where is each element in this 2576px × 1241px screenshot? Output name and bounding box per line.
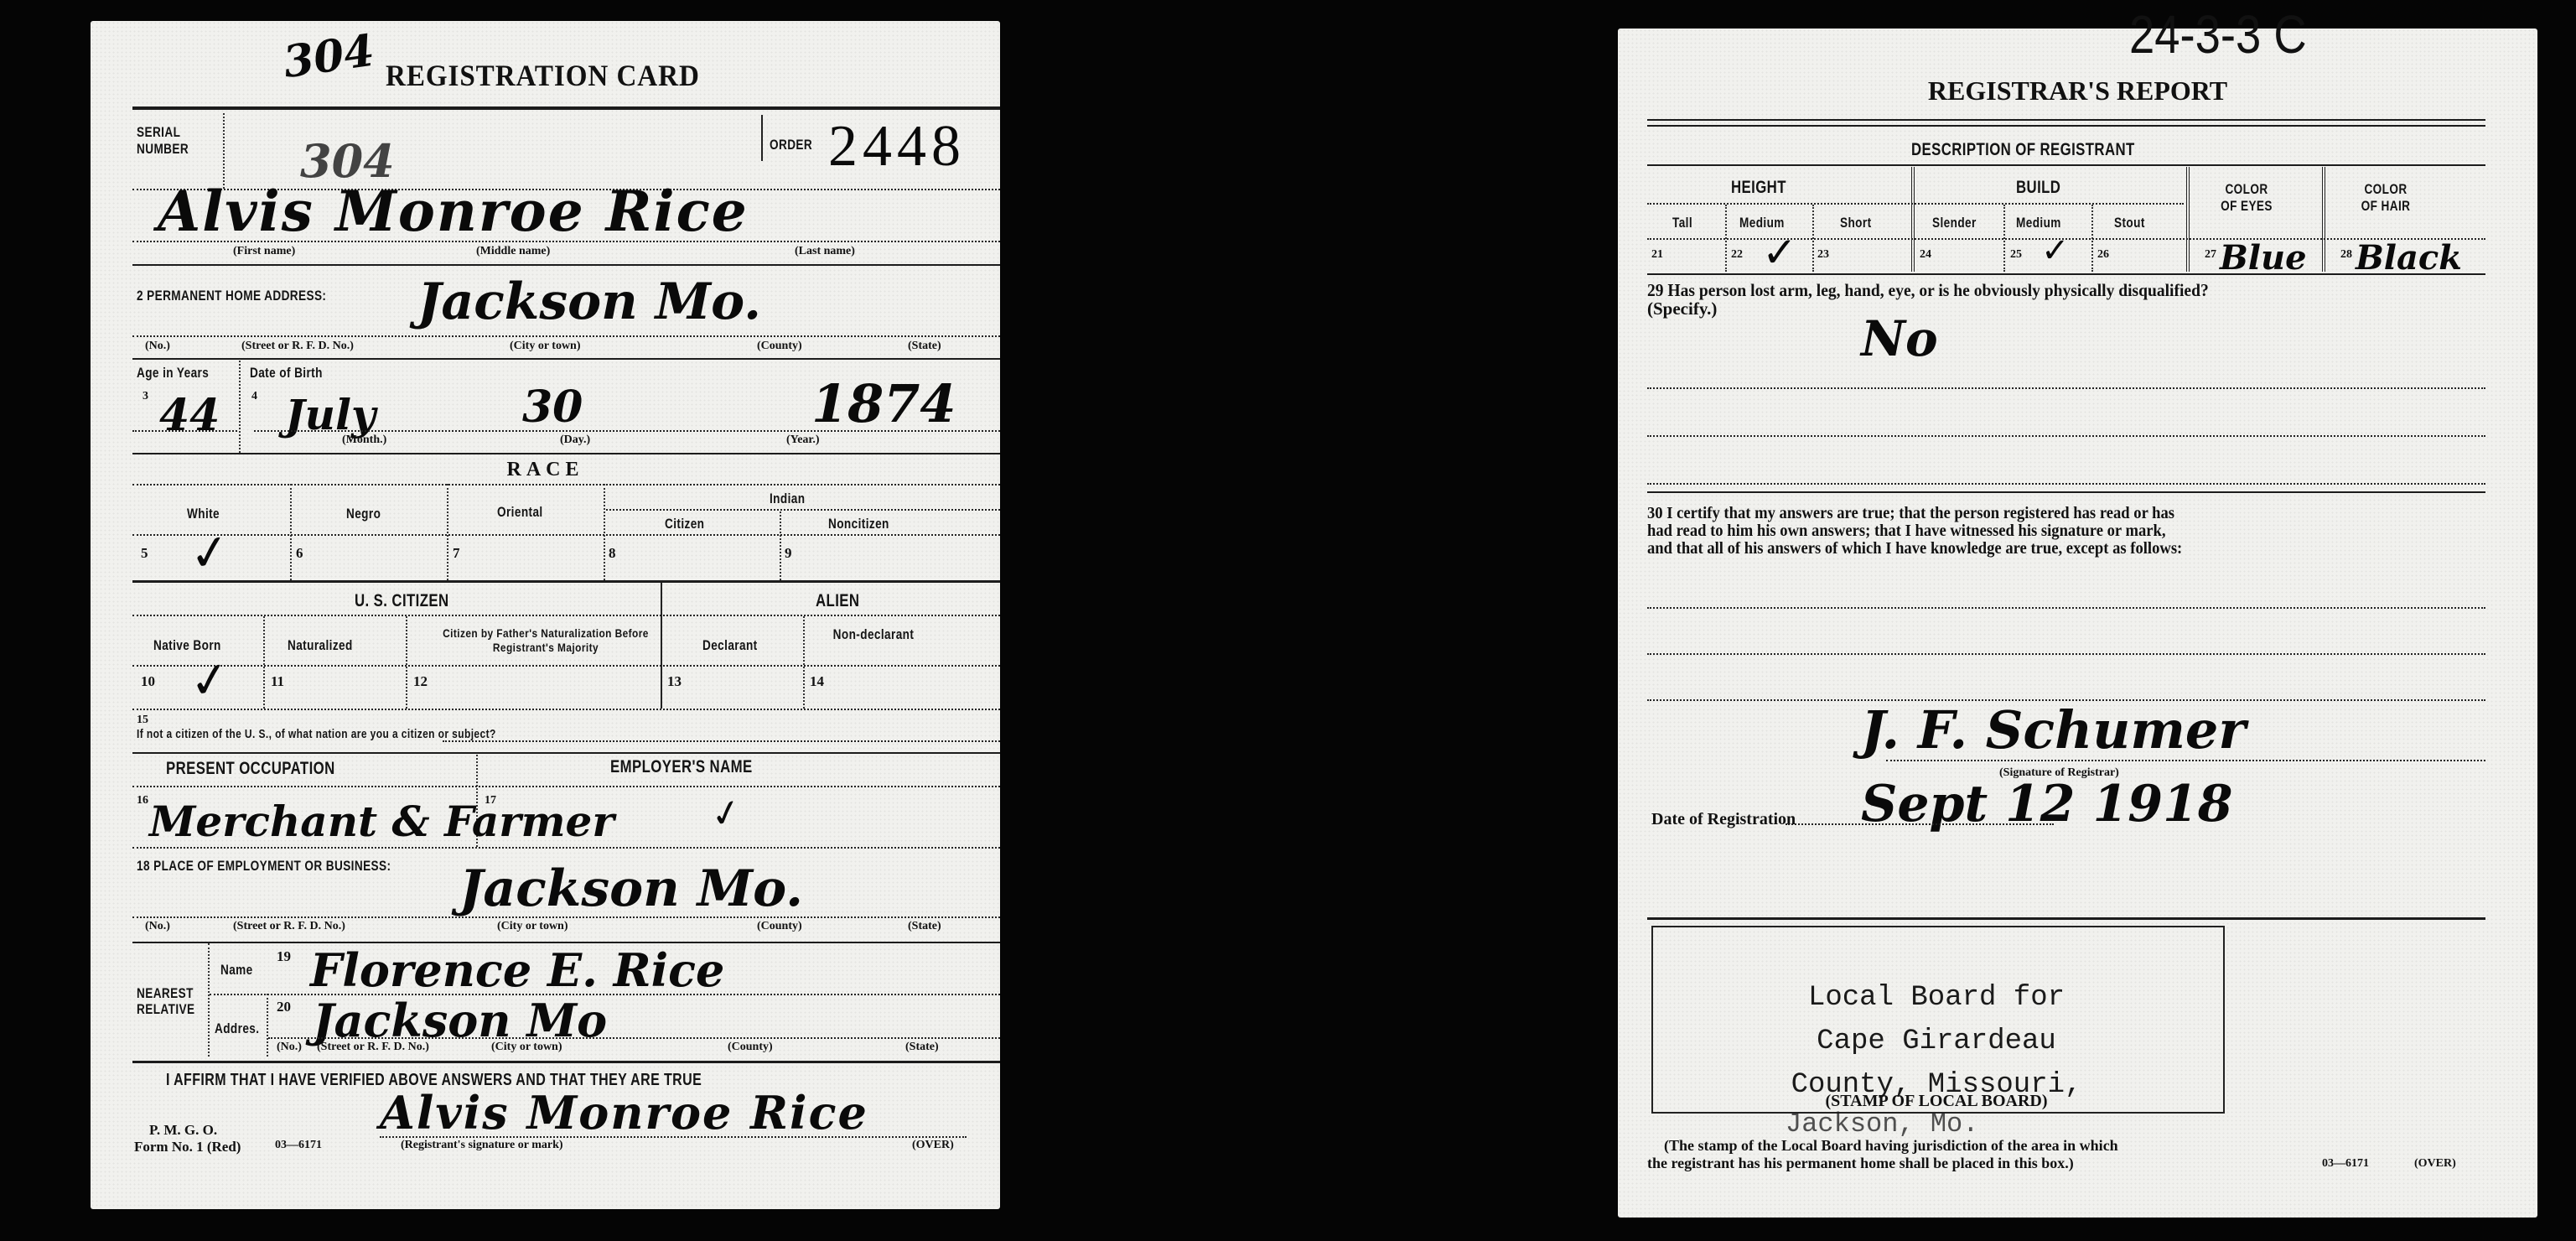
registrant-signature: Alvis Monroe Rice [380,1086,868,1140]
divider [132,534,1000,536]
race-col-indian: Indian [770,491,805,507]
divider [1647,607,2485,609]
race-col-indian-noncitizen: Noncitizen [828,516,889,532]
divider [132,847,1000,849]
divider [132,430,237,432]
field-number: 4 [251,390,257,403]
divider [1647,125,2485,127]
employment-place-value: Jackson Mo. [459,859,803,918]
registration-date-label: Date of Registration [1651,810,1796,829]
field-number: 11 [271,673,284,690]
field-number: 25 [2010,248,2022,262]
build-col-stout: Stout [2114,215,2145,231]
home-address-value: Jackson Mo. [417,273,761,331]
dob-label: Date of Birth [250,365,323,382]
relative-caption-city: (City or town) [491,1041,562,1054]
employment-caption-street: (Street or R. F. D. No.) [233,920,345,933]
race-col-oriental: Oriental [497,504,543,521]
divider [2186,167,2190,272]
over-label: (OVER) [2414,1157,2456,1171]
alien-col-nondeclarant: Non-declarant [827,626,920,643]
address-caption-county: (County) [757,340,802,353]
stamp-location: Jackson, Mo. [1786,1109,1978,1140]
divider [132,1061,1000,1063]
address-caption-street: (Street or R. F. D. No.) [241,340,354,353]
q29-disqualification-question: 29 Has person lost arm, leg, hand, eye, … [1647,280,2209,301]
age-value: 44 [159,390,220,441]
divider [132,484,1000,485]
field-number: 24 [1920,248,1931,262]
employment-caption-state: (State) [908,920,941,933]
divider [1647,119,2485,121]
field-number: 19 [277,948,291,965]
divider [132,786,1000,787]
q29-answer: No [1861,310,1938,367]
field-number: 22 [1731,248,1743,262]
employment-place-label: 18 PLACE OF EMPLOYMENT OR BUSINESS: [137,858,391,875]
form-number: Form No. 1 (Red) [134,1139,241,1155]
divider [1647,483,2485,485]
divider [132,665,1000,667]
relative-name-label: Name [220,962,253,979]
over-label: (OVER) [912,1139,954,1152]
field-number: 26 [2097,248,2109,262]
field-number: 21 [1651,248,1663,262]
first-name-caption: (First name) [233,245,295,258]
dob-caption-year: (Year.) [786,434,820,447]
employment-caption-county: (County) [757,920,802,933]
race-col-indian-citizen: Citizen [665,516,704,532]
divider [1647,491,2485,493]
order-label: ORDER [770,137,812,153]
field-number: 23 [1817,248,1829,262]
divider [606,509,1000,511]
dob-day: 30 [522,382,583,433]
divider [132,916,1000,918]
employer-label: EMPLOYER'S NAME [610,757,753,777]
divider [1647,435,2485,437]
divider [1647,653,2485,655]
divider [1647,917,2485,920]
citizen-col-naturalized: Naturalized [288,637,353,654]
divider [1647,164,2485,166]
eyes-title: COLOROF EYES [2196,181,2297,215]
q30-certification: 30 I certify that my answers are true; t… [1647,505,2182,558]
field-number: 27 [2205,248,2216,262]
alien-col-declarant: Declarant [702,637,758,654]
checkmark-icon: ✓ [186,522,235,584]
build-col-medium: Medium [2016,215,2061,231]
registrant-name: Alvis Monroe Rice [158,179,749,244]
eye-color-value: Blue [2220,238,2307,278]
divider [132,335,1000,337]
divider [132,358,1000,360]
divider [1911,167,1915,272]
local-board-stamp: Local Board for Cape Girardeau County, M… [1651,976,2221,1107]
dob-caption-month: (Month.) [342,434,386,447]
divider [208,943,210,1057]
alien-title: ALIEN [816,591,859,611]
field-number: 6 [296,545,303,562]
divider [132,453,1000,454]
employment-caption-city: (City or town) [497,920,568,933]
employment-caption-no: (No.) [145,920,170,933]
divider [803,616,805,709]
relative-caption-no: (No.) [277,1041,302,1054]
divider [132,241,1000,242]
divider [380,1136,967,1138]
registrars-report-back: 24-3-3 C REGISTRAR'S REPORT DESCRIPTION … [1618,29,2537,1218]
dob-month: July [285,390,376,439]
field-number: 16 [137,794,148,807]
divider [2322,167,2325,272]
registrar-signature: J. F. Schumer [1861,699,2246,761]
race-title: RACE [91,459,1000,481]
field-number: 7 [453,545,460,562]
divider [223,113,225,189]
signature-caption: (Registrant's signature or mark) [401,1139,563,1152]
divider [132,264,1000,266]
race-col-negro: Negro [346,506,381,522]
serial-handwritten-top: 304 [280,25,377,89]
divider [1786,823,2054,825]
field-number: 13 [667,673,682,690]
report-title: REGISTRAR'S REPORT [1618,75,2537,106]
hair-title: COLOROF HAIR [2332,181,2439,215]
nearest-relative-label: NEARESTRELATIVE [137,985,194,1017]
divider [267,994,268,1057]
height-title: HEIGHT [1731,178,1786,198]
address-caption-no: (No.) [145,340,170,353]
divider [447,484,448,580]
age-label: Age in Years [137,365,209,382]
relative-caption-street: (Street or R. F. D. No.) [317,1041,429,1054]
divider [132,106,1000,110]
middle-name-caption: (Middle name) [476,245,550,258]
field-number: 9 [785,545,792,562]
divider [290,484,292,580]
address-caption-city: (City or town) [510,340,581,353]
field-number: 15 [137,714,148,727]
height-col-short: Short [1840,215,1872,231]
field-number: 12 [413,673,428,690]
divider [132,752,1000,754]
divider [1647,273,2485,275]
hair-color-value: Black [2356,238,2462,278]
field-number: 3 [143,390,148,403]
card-title: REGISTRATION CARD [386,58,700,93]
divider [132,709,1000,710]
serial-label: SERIALNUMBER [137,124,189,158]
divider [761,115,763,161]
field-number: 8 [609,545,616,562]
build-col-slender: Slender [1932,215,1977,231]
relative-name-value: Florence E. Rice [310,943,724,997]
divider [1647,387,2485,389]
checkmark-icon: ✓ [186,649,235,711]
build-title: BUILD [2016,178,2060,198]
relative-caption-county: (County) [728,1041,773,1054]
height-col-tall: Tall [1672,215,1692,231]
q29-specify: (Specify.) [1647,299,1717,319]
field-number: 5 [141,545,148,562]
q15-nation-question: If not a citizen of the U. S., of what n… [137,727,496,741]
us-citizen-title: U. S. CITIZEN [355,591,449,611]
divider [268,1037,1000,1039]
divider [254,430,1000,432]
relative-caption-state: (State) [905,1041,939,1054]
height-medium-checkmark-icon: ✓ [1762,228,1797,277]
relative-address-value: Jackson Mo [313,994,607,1047]
description-subtitle: DESCRIPTION OF REGISTRANT [1911,140,2135,160]
form-agency: P. M. G. O. [149,1122,217,1139]
occupation-value: Merchant & Farmer [149,797,614,846]
divider [780,511,781,580]
field-number: 14 [810,673,824,690]
address-caption-state: (State) [908,340,941,353]
race-col-white: White [187,506,220,522]
last-name-caption: (Last name) [795,245,855,258]
citizen-col-fathers-naturalization: Citizen by Father's Naturalization Befor… [417,626,674,655]
employer-value: ✓ [707,790,746,839]
dob-caption-day: (Day.) [560,434,590,447]
home-address-label: 2 PERMANENT HOME ADDRESS: [137,288,326,304]
divider [604,484,605,580]
divider [1886,760,2485,761]
field-number: 28 [2340,248,2352,262]
build-medium-checkmark-icon: ✓ [2041,231,2070,270]
form-code: 03—6171 [2322,1157,2369,1171]
form-code: 03—6171 [275,1139,322,1152]
file-number: 24-3-3 C [2129,3,2307,65]
order-number-value: 2448 [828,113,966,180]
relative-address-label: Addres. [215,1020,259,1037]
field-number: 20 [277,999,291,1015]
divider [132,580,1000,583]
occupation-label: PRESENT OCCUPATION [166,759,335,779]
divider [443,740,1000,742]
dob-year: 1874 [811,373,956,434]
divider [239,361,241,453]
divider [263,616,265,709]
stamp-note: (The stamp of the Local Board having jur… [1647,1137,2118,1172]
divider [1647,203,2184,205]
field-number: 10 [141,673,155,690]
registration-card-front: 304 REGISTRATION CARD SERIALNUMBER 304 O… [91,21,1000,1209]
divider [406,616,407,709]
